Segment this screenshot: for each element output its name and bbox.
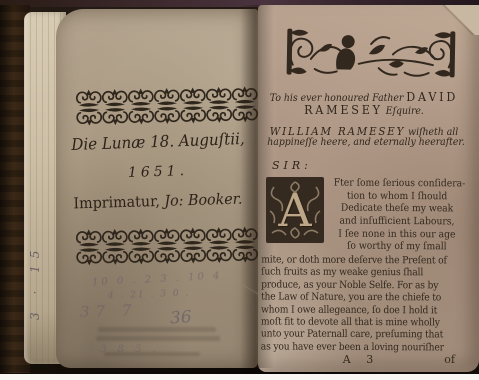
catchword: of [444,353,455,366]
fleuron-band-ornament-bottom [76,224,259,267]
paragraph-full-lines: mite, or doth more deſerve the Preſent o… [261,254,468,354]
body-line: the Law of Nature, you are the chiefe to [261,292,451,305]
body-line: ſo worthy of my ſmall [333,241,460,255]
pencil-annotation: 36 [169,307,192,328]
body-line: unto your Paternall care, preſuming that [261,329,451,342]
imprimatur-label: Imprimatur, [73,192,164,213]
body-line: I ſee none in this our age [333,228,460,242]
body-line: Dedicate theſe my weak [334,203,461,217]
spine-inscription: 3 · 15 [28,150,42,320]
fleuron-band-ornament-top [76,84,259,128]
paragraph-wrapped-lines: Fter ſome ſerious conſidera- tion to who… [328,178,467,255]
dedicatee-title: Eſquire. [383,106,424,117]
salutation-line-2: happineſſe heere, and eternally heerafte… [267,137,460,148]
bleedthrough-smudge [96,336,220,341]
headpiece-woodcut [284,19,457,86]
body-line: moſt fit to devote all that is mine whol… [261,316,451,329]
dedicatee-first-name: DAVID [406,90,458,104]
body-line: tion to whom I ſhould [334,190,461,204]
dropcap-letter: A [266,177,324,243]
body-line: Fter ſome ſerious conſidera- [334,178,461,192]
dedication-line-2: RAMESEY Eſquire. [267,103,460,117]
body-line: produce, as your Noble Selfe. For as by [261,279,451,292]
bleedthrough-smudge [104,352,200,356]
body-line: ſuch fruits as my weake genius ſhall [261,267,451,280]
pencil-annotation: 37 7 [80,301,138,321]
dropcap-initial-A: A [266,177,324,243]
gathering-signature: A 3 [261,353,461,366]
salute-sir: SIR: [272,159,312,172]
dedicatee-surname: RAMESEY [304,103,383,117]
book-photo: 3 · 15 Die Lunæ 18. Auguſtii, 1651. Impr… [0,0,479,380]
signature-row: A 3 of [261,353,461,367]
body-line: mite, or doth more deſerve the Preſent o… [261,254,451,267]
dedication-line-1: To his ever honoured Father DAVID [267,90,460,104]
scan-edge-white [0,374,479,380]
licenser-name: Jo: Booker. [164,190,243,210]
bleedthrough-smudge [98,327,216,332]
body-line: whom I owe allegeance, ſo doe I hold it [261,304,451,317]
body-line: and inſufficient Labours, [333,216,460,230]
